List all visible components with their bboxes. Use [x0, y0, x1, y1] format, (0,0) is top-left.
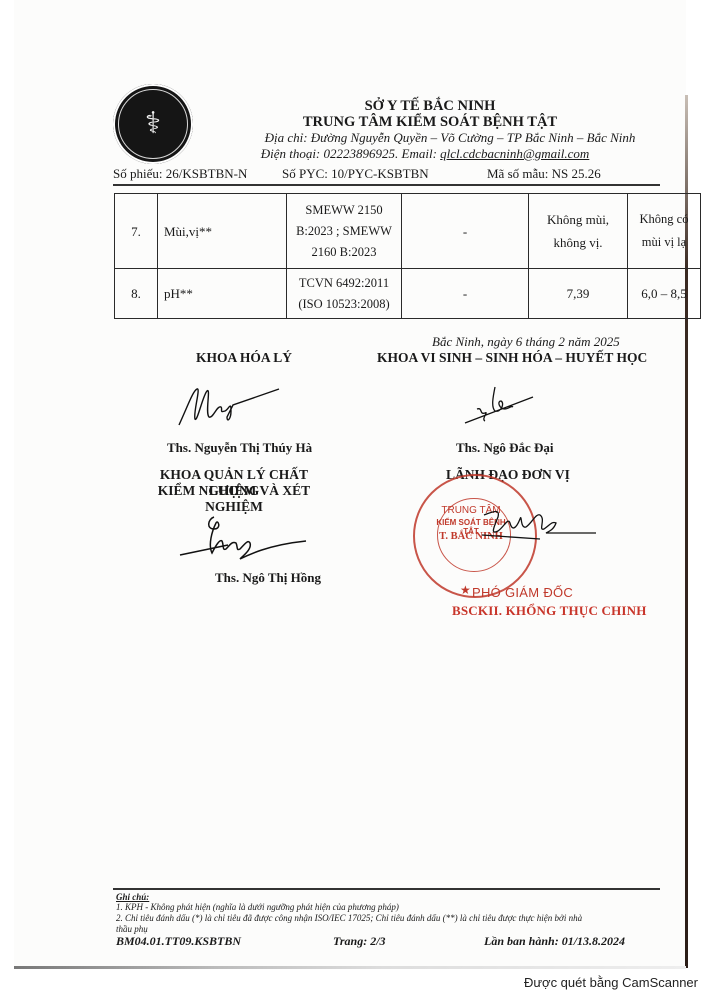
qa-dept-line2: KIỂM NGHIỆM VÀ XÉT NGHIỆM	[134, 483, 334, 515]
row-ket-qua: 7,39	[529, 269, 628, 319]
note-2: 2. Chỉ tiêu đánh dấu (*) là chỉ tiêu đã …	[116, 913, 661, 924]
signature-qa-icon	[178, 515, 313, 565]
sign-date: Bắc Ninh, ngày 6 tháng 2 năm 2025	[432, 334, 620, 350]
row-gioi-han: 6,0 – 8,5	[628, 269, 701, 319]
row-stt: 8.	[115, 269, 158, 319]
caduceus-emblem-icon: ⚕	[113, 84, 193, 164]
leader-name: BSCKII. KHỔNG THỤC CHINH	[452, 603, 647, 619]
org-address: Địa chỉ: Đường Nguyễn Quyền – Võ Cường –…	[230, 130, 670, 146]
note-2-continued: thầu phụ	[116, 924, 661, 935]
row-stt: 7.	[115, 194, 158, 269]
right-signer-name: Ths. Ngô Đắc Đại	[456, 440, 554, 456]
so-phieu: Số phiếu: 26/KSBTBN-N	[113, 166, 247, 182]
scan-edge-bottom	[14, 966, 686, 969]
left-dept-title: KHOA HÓA LÝ	[196, 350, 292, 366]
row-lod: -	[402, 269, 529, 319]
page-number: Trang: 2/3	[333, 934, 386, 949]
org-contact: Điện thoại: 02223896925. Email: qlcl.cdc…	[230, 146, 620, 162]
row-lod: -	[402, 194, 529, 269]
row-gioi-han: Không có mùi vị lạ	[628, 194, 701, 269]
row-phuong-phap: SMEWW 2150 B:2023 ; SMEWW 2160 B:2023	[287, 194, 402, 269]
org-parent: SỞ Y TẾ BẮC NINH	[200, 98, 660, 115]
email-link[interactable]: qlcl.cdcbacninh@gmail.com	[440, 146, 589, 161]
form-code: BM04.01.TT09.KSBTBN	[116, 934, 241, 949]
so-pyc: Số PYC: 10/PYC-KSBTBN	[282, 166, 429, 182]
org-name: TRUNG TÂM KIỂM SOÁT BỆNH TẬT	[200, 114, 660, 131]
signature-right-icon	[455, 383, 545, 428]
stamp-star-icon: ★	[460, 583, 471, 597]
footer-divider	[113, 888, 660, 890]
left-signer-name: Ths. Nguyễn Thị Thúy Hà	[167, 440, 312, 456]
table-row: 8. pH** TCVN 6492:2011 (ISO 10523:2008) …	[115, 269, 701, 319]
note-1: 1. KPH - Không phát hiện (nghĩa là dưới …	[116, 902, 661, 913]
camscanner-watermark: Được quét bằng CamScanner	[524, 975, 698, 990]
phone-label: Điện thoại: 02223896925. Email:	[261, 146, 440, 161]
signature-leader-icon	[480, 505, 600, 545]
row-chi-tieu: Mùi,vị**	[158, 194, 287, 269]
row-phuong-phap: TCVN 6492:2011 (ISO 10523:2008)	[287, 269, 402, 319]
notes-title: Ghi chú:	[116, 892, 661, 903]
header-divider	[113, 184, 660, 186]
qa-signer-name: Ths. Ngô Thị Hồng	[215, 570, 321, 586]
issue-info: Lần ban hành: 01/13.8.2024	[484, 934, 625, 949]
leader-position: PHÓ GIÁM ĐỐC	[472, 585, 573, 600]
table-row: 7. Mùi,vị** SMEWW 2150 B:2023 ; SMEWW 21…	[115, 194, 701, 269]
ma-so-mau: Mã số mẫu: NS 25.26	[487, 166, 601, 182]
signature-left-icon	[175, 383, 285, 428]
right-dept-title: KHOA VI SINH – SINH HÓA – HUYẾT HỌC	[377, 350, 647, 366]
row-ket-qua: Không mùi, không vị.	[529, 194, 628, 269]
row-chi-tieu: pH**	[158, 269, 287, 319]
results-table: 7. Mùi,vị** SMEWW 2150 B:2023 ; SMEWW 21…	[114, 193, 701, 319]
